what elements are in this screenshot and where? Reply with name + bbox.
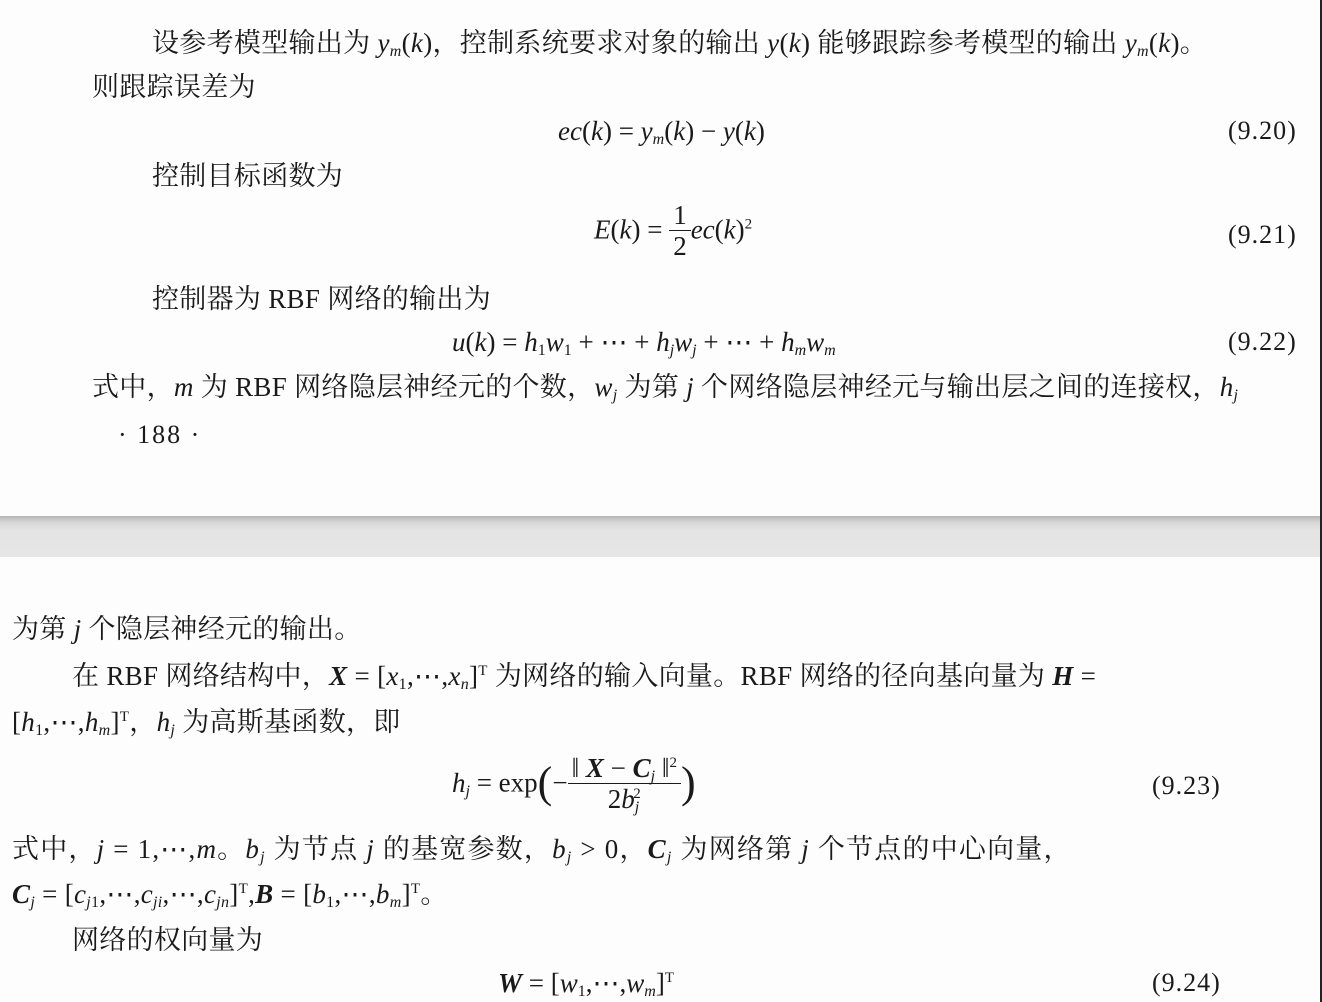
paragraph-line: 式中，j = 1,⋯,m。bj 为节点 j 的基宽参数，bj > 0，Cj 为网… xyxy=(12,832,1072,866)
page-separator xyxy=(0,516,1320,557)
equation-number: (9.20) xyxy=(1228,114,1297,148)
equation-number: (9.22) xyxy=(1228,325,1297,359)
text: 为第 xyxy=(12,614,74,644)
document-page-188: 设参考模型输出为 ym(k)，控制系统要求对象的输出 y(k) 能够跟踪参考模型… xyxy=(0,0,1320,516)
paragraph-line: 则跟踪误差为 xyxy=(92,70,256,104)
equation-number: (9.24) xyxy=(1152,966,1221,1000)
text: 为网络的输入向量。RBF 网络的径向基向量为 xyxy=(488,661,1052,691)
paragraph-line: 控制器为 RBF 网络的输出为 xyxy=(152,282,491,316)
math-ym: ym xyxy=(377,28,401,58)
page-number: · 188 · xyxy=(118,418,201,452)
text: 为 RBF 网络隐层神经元的个数， xyxy=(194,372,595,402)
equation-number: (9.21) xyxy=(1228,218,1297,252)
document-page-189: 为第 j 个隐层神经元的输出。 在 RBF 网络结构中，X = [x1,⋯,xn… xyxy=(0,557,1320,1002)
equation-9-24: W = [w1,⋯,wm]T xyxy=(498,966,674,1000)
paragraph-line: 网络的权向量为 xyxy=(72,923,263,957)
paragraph-line: 设参考模型输出为 ym(k)，控制系统要求对象的输出 y(k) 能够跟踪参考模型… xyxy=(152,26,1207,60)
paragraph-line: 控制目标函数为 xyxy=(152,159,343,193)
text: 。 xyxy=(420,879,447,909)
text: 个网络隐层神经元与输出层之间的连接权， xyxy=(694,372,1220,402)
fraction: ‖ X − Cj ‖22bj2 xyxy=(568,753,681,814)
text: 。 xyxy=(217,834,245,864)
equation-number: (9.23) xyxy=(1152,769,1221,803)
text: 为网络第 xyxy=(673,834,802,864)
text: 个节点的中心向量， xyxy=(810,834,1072,864)
text: 设参考模型输出为 xyxy=(152,28,377,58)
text: 能够跟踪参考模型的输出 xyxy=(810,28,1124,58)
equation-9-21: E(k) = 12ec(k)2 xyxy=(594,202,752,266)
equation-9-22: u(k) = h1w1 + ⋯ + hjwj + ⋯ + hmwm xyxy=(452,325,836,359)
math-y: y xyxy=(767,28,779,58)
text: 为第 xyxy=(617,372,686,402)
text: ， xyxy=(619,834,647,864)
fraction: 12 xyxy=(669,200,691,261)
text: 的基宽参数， xyxy=(375,834,552,864)
paragraph-line: Cj = [cj1,⋯,cji,⋯,cjn]T,B = [b1,⋯,bm]T。 xyxy=(12,877,448,911)
math-ym: ym xyxy=(1125,28,1149,58)
paragraph-line: 在 RBF 网络结构中，X = [x1,⋯,xn]T 为网络的输入向量。RBF … xyxy=(72,659,1096,693)
text: 。 xyxy=(1180,28,1207,58)
equation-9-20: ec(k) = ym(k) − y(k) xyxy=(558,114,765,148)
equation-9-23: hj = exp(−‖ X − Cj ‖22bj2) xyxy=(452,755,696,825)
paragraph-line: 为第 j 个隐层神经元的输出。 xyxy=(12,612,362,646)
text: 为高斯基函数，即 xyxy=(175,707,400,737)
text: ，控制系统要求对象的输出 xyxy=(433,28,768,58)
paragraph-line: 式中，m 为 RBF 网络隐层神经元的个数，wj 为第 j 个网络隐层神经元与输… xyxy=(92,370,1238,404)
text: 为节点 xyxy=(266,834,367,864)
text: 式中， xyxy=(12,834,97,864)
text: 在 RBF 网络结构中， xyxy=(72,661,329,691)
text: 个隐层神经元的输出。 xyxy=(81,614,361,644)
paragraph-line: [h1,⋯,hm]T，hj 为高斯基函数，即 xyxy=(12,705,401,739)
text: ， xyxy=(129,707,156,737)
text: 式中， xyxy=(92,372,174,402)
